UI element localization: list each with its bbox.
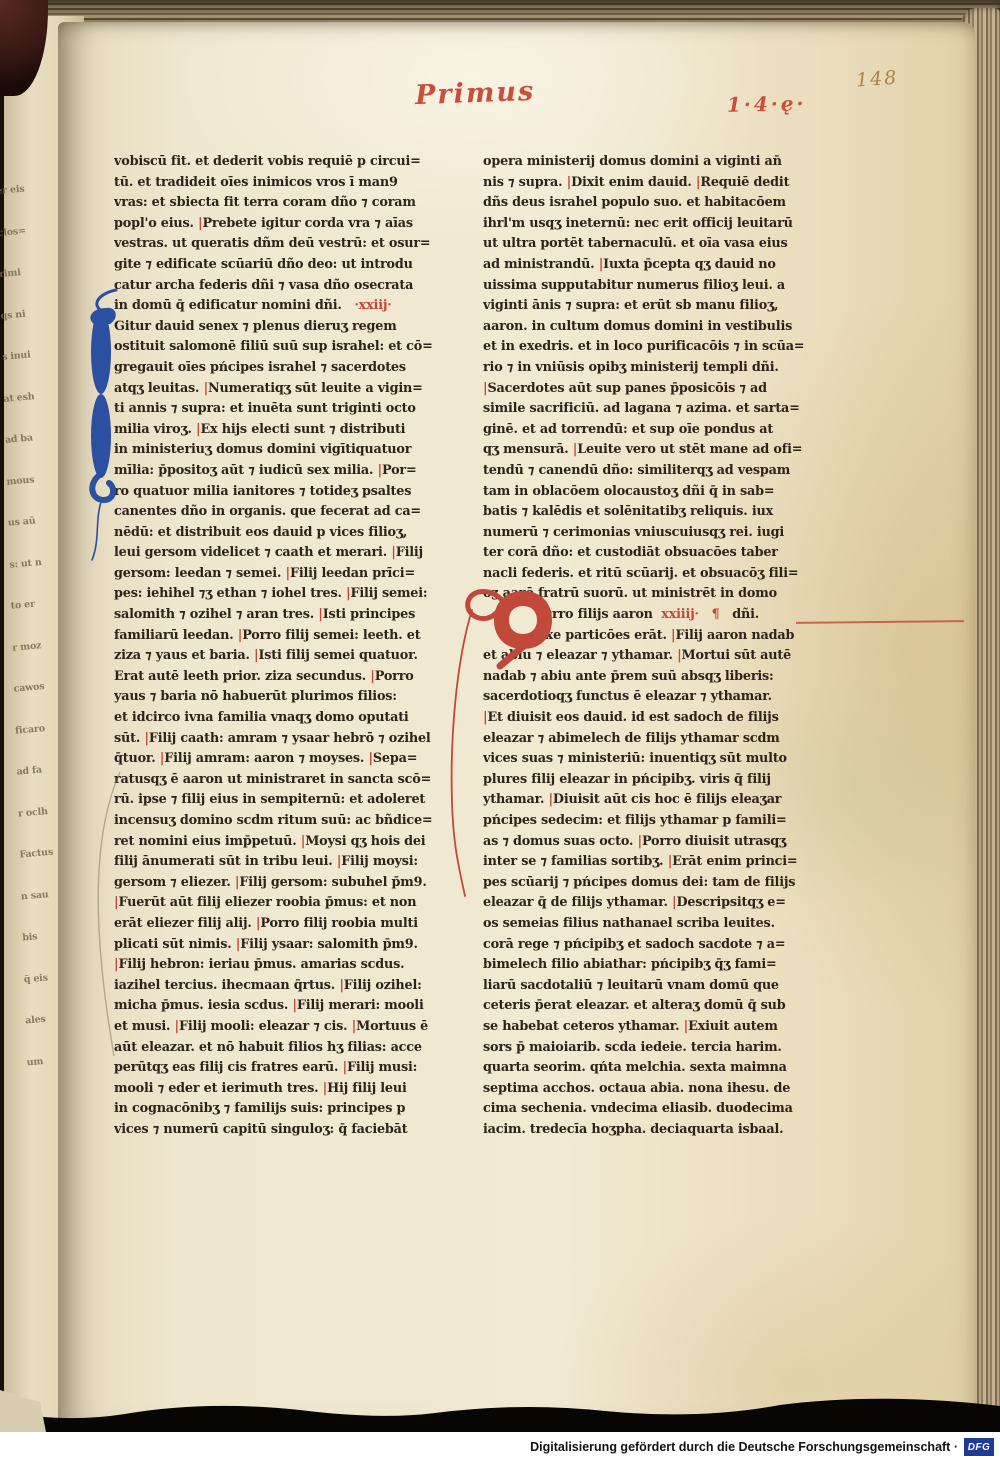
text-line: batis ⁊ kalēdis et solēnitatibʒ reliquis… bbox=[483, 502, 849, 523]
text-line: quarta seorim. qńta melchia. sexta maimn… bbox=[483, 1058, 849, 1079]
book-scan: er eisclos=rimiqs nis inuiat eshad bamou… bbox=[0, 0, 1000, 1462]
rubric-mark: | bbox=[235, 875, 239, 890]
text-line: gersom: leedan ⁊ semei. |Filij leedan pr… bbox=[114, 564, 466, 585]
rubric-mark: | bbox=[637, 834, 641, 849]
text-line: viginti ānis ⁊ supra: et erūt sb manu fi… bbox=[483, 296, 849, 317]
text-line: nis ⁊ supra. |Dixit enim dauid. |Requiē … bbox=[483, 173, 849, 194]
rubric-mark: xxiiij· ¶ bbox=[661, 607, 719, 622]
rubric-mark: | bbox=[342, 1060, 346, 1075]
dfg-logo: DFG bbox=[964, 1438, 994, 1456]
margin-fragment: qs ni bbox=[0, 306, 63, 321]
text-line: mooli ⁊ eder et ierimuth tres. |Hij fili… bbox=[114, 1079, 466, 1100]
rubric-mark: | bbox=[323, 1081, 327, 1096]
rubric-mark: | bbox=[238, 628, 242, 643]
text-line: vras: et sbiecta fit terra coram dño ⁊ c… bbox=[114, 193, 466, 214]
text-line: ostituit salomonē filiū suū sup israhel:… bbox=[114, 337, 466, 358]
folio-number: 148 bbox=[855, 67, 899, 92]
rubric-mark: | bbox=[198, 216, 202, 231]
rubric-mark: | bbox=[292, 998, 296, 1013]
rubric-mark: | bbox=[337, 854, 341, 869]
text-line: |Fuerūt aūt filij eliezer roobia p̄mus: … bbox=[114, 893, 466, 914]
rubric-mark: | bbox=[599, 257, 603, 272]
text-line: ti annis ⁊ supra: et inuēta sunt trigint… bbox=[114, 399, 466, 420]
rubric-mark: | bbox=[339, 978, 343, 993]
text-line: numerū ⁊ cerimonias vniuscuiusqʒ rei. iu… bbox=[483, 523, 849, 544]
text-line: ziza ⁊ yaus et baria. |Isti filij semei … bbox=[114, 646, 466, 667]
rubric-mark: ·xxiij· bbox=[354, 298, 391, 313]
text-line: et idcirco ivna familia vnaqʒ domo oputa… bbox=[114, 708, 466, 729]
margin-fragment: clos= bbox=[0, 223, 60, 238]
text-line: Erat autē leeth prior. ziza secundus. |P… bbox=[114, 667, 466, 688]
credit-text: Digitalisierung gefördert durch die Deut… bbox=[530, 1440, 958, 1454]
text-line: ceteris p̄erat eleazar. et alteraʒ domū … bbox=[483, 996, 849, 1017]
margin-fragment: at esh bbox=[3, 389, 66, 404]
text-line: dñs deus israhel populo suo. et habitacō… bbox=[483, 193, 849, 214]
text-line: septima acchos. octaua abia. nona ihesu.… bbox=[483, 1079, 849, 1100]
rubric-mark: | bbox=[160, 751, 164, 766]
text-line: iacim. tredecīa hoʒpha. deciaquarta isba… bbox=[483, 1120, 849, 1141]
text-line: sors p̄ maioiarib. scda iedeie. tercia h… bbox=[483, 1038, 849, 1059]
text-line: aūt eleazar. et nō habuit filios hʒ fili… bbox=[114, 1038, 466, 1059]
rubric-mark: | bbox=[672, 895, 676, 910]
text-line: leui gersom videlicet ⁊ caath et merari.… bbox=[114, 543, 466, 564]
page-bottom-shadow bbox=[0, 1380, 1000, 1432]
text-column-left: vobiscū fit. et dederit vobis requiē p c… bbox=[114, 152, 466, 1147]
text-line: et in exedris. et in loco purificacōis ⁊… bbox=[483, 337, 849, 358]
text-line: yaus ⁊ baria nō habuerūt plurimos filios… bbox=[114, 687, 466, 708]
rubric-mark: | bbox=[346, 586, 350, 601]
text-line: tam in oblacōem olocaustoʒ dñi q̄ in sab… bbox=[483, 482, 849, 503]
text-line: ad ministrandū. |Iuxta p̄cepta qʒ dauid … bbox=[483, 255, 849, 276]
lombard-initial-q bbox=[428, 580, 558, 915]
rubric-mark: | bbox=[391, 545, 395, 560]
text-line: in cognacōnibʒ ⁊ familijs suis: principe… bbox=[114, 1099, 466, 1120]
text-line: plicati sūt nimis. |Filij ysaar: salomit… bbox=[114, 935, 466, 956]
rubric-mark: | bbox=[671, 628, 675, 643]
rubric-mark: | bbox=[696, 175, 700, 190]
text-line: rū. ipse ⁊ filij eius in sempiternū: et … bbox=[114, 790, 466, 811]
text-line: canentes dño in organis. que fecerat ad … bbox=[114, 502, 466, 523]
rubric-mark: | bbox=[318, 607, 322, 622]
rubric-mark: | bbox=[196, 422, 200, 437]
rubric-mark: | bbox=[573, 442, 577, 457]
text-line: liarū sacdotaliū ⁊ leuitarū vnam domū qu… bbox=[483, 976, 849, 997]
text-line: bimelech filio abiathar: pńcipibʒ q̄ʒ fa… bbox=[483, 955, 849, 976]
rubric-mark: | bbox=[668, 854, 672, 869]
credit-bar: Digitalisierung gefördert durch die Deut… bbox=[0, 1432, 1000, 1462]
text-line: nēdū: et distribuit eos dauid p vices fi… bbox=[114, 523, 466, 544]
text-line: in ministeriuʒ domus domini vigītiquatuo… bbox=[114, 440, 466, 461]
text-line: gersom ⁊ eliezer. |Filij gersom: subuhel… bbox=[114, 873, 466, 894]
text-line: salomith ⁊ ozihel ⁊ aran tres. |Isti pri… bbox=[114, 605, 466, 626]
text-line: gregauit oīes pńcipes israhel ⁊ sacerdot… bbox=[114, 358, 466, 379]
margin-fragment: s inui bbox=[2, 347, 65, 362]
text-line: pes: iehihel ⁊ʒ ethan ⁊ iohel tres. |Fil… bbox=[114, 584, 466, 605]
rubric-mark: | bbox=[301, 834, 305, 849]
text-line: catur archa federis dñi ⁊ vasa dño osecr… bbox=[114, 276, 466, 297]
rubric-mark: | bbox=[378, 463, 382, 478]
lombard-initial-i bbox=[76, 284, 128, 564]
text-line: ter corā dño: et custodiāt obsuacōes tab… bbox=[483, 543, 849, 564]
text-line: Gitur dauid senex ⁊ plenus dieruʒ regem bbox=[114, 317, 466, 338]
rubric-mark: | bbox=[254, 648, 258, 663]
text-line: |Sacerdotes aūt sup panes p̄posicōis ⁊ a… bbox=[483, 379, 849, 400]
text-line: incensuʒ domino scdm ritum suū: ac bñdic… bbox=[114, 811, 466, 832]
text-line: filij ānumerati sūt in tribu leui. |Fili… bbox=[114, 852, 466, 873]
text-line: os semeias filius nathanael scriba leuit… bbox=[483, 914, 849, 935]
text-line: qʒ mensurā. |Leuite vero ut stēt mane ad… bbox=[483, 440, 849, 461]
margin-fragment: er eis bbox=[0, 182, 59, 197]
text-line: popl'o eius. |Prebete igitur corda vra ⁊… bbox=[114, 214, 466, 235]
pen-trial-curve bbox=[80, 770, 140, 1060]
text-line: in domū q̄ edificatur nomini dñi. ·xxiij… bbox=[114, 296, 466, 317]
text-line: ut ultra portēt tabernaculū. et oīa vasa… bbox=[483, 234, 849, 255]
text-line: micha p̄mus. iesia scdus. |Filij merari:… bbox=[114, 996, 466, 1017]
text-line: ro quatuor milia ianitores ⁊ totideʒ psa… bbox=[114, 482, 466, 503]
text-line: tū. et tradideit oīes inimicos vros ī ma… bbox=[114, 173, 466, 194]
margin-fragment: rimi bbox=[0, 265, 61, 280]
text-line: ihrl'm usqʒ ineternū: nec erit officij l… bbox=[483, 214, 849, 235]
rubric-mark: | bbox=[236, 937, 240, 952]
text-line: rio ⁊ in vniūsis opibʒ ministerij templi… bbox=[483, 358, 849, 379]
text-line: simile sacrificiū. ad lagana ⁊ azima. et… bbox=[483, 399, 849, 420]
rubric-mark: | bbox=[368, 751, 372, 766]
rubric-mark: | bbox=[684, 1019, 688, 1034]
rubric-mark: | bbox=[204, 381, 208, 396]
text-line: vobiscū fit. et dederit vobis requiē p c… bbox=[114, 152, 466, 173]
rubric-mark: | bbox=[285, 566, 289, 581]
text-line: cima sechenia. vndecima eliasib. duodeci… bbox=[483, 1099, 849, 1120]
text-line: corā rege ⁊ pńcipibʒ et sadoch sacdote ⁊… bbox=[483, 935, 849, 956]
text-line: erāt eliezer filij alij. |Porro filij ro… bbox=[114, 914, 466, 935]
text-line: atqʒ leuitas. |Numeratiqʒ sūt leuite a v… bbox=[114, 379, 466, 400]
rubric-mark: | bbox=[256, 916, 260, 931]
rubric-mark: | bbox=[144, 731, 148, 746]
rubric-mark: | bbox=[483, 381, 487, 396]
quire-mark: 1·4·ę· bbox=[727, 91, 807, 116]
text-line: aaron. in cultum domus domini in vestibu… bbox=[483, 317, 849, 338]
text-line: ratusqʒ ē aaron ut ministraret in sancta… bbox=[114, 770, 466, 791]
running-title: Primus bbox=[414, 76, 535, 111]
rubric-mark: | bbox=[370, 669, 374, 684]
text-line: perūtqʒ eas filij cis fratres earū. |Fil… bbox=[114, 1058, 466, 1079]
text-line: opera ministerij domus domini a viginti … bbox=[483, 152, 849, 173]
rubric-mark: | bbox=[567, 175, 571, 190]
text-line: uissima supputabitur numerus filioʒ leui… bbox=[483, 276, 849, 297]
text-line: ret nomini eius imp̄petuū. |Moysi qʒ hoi… bbox=[114, 832, 466, 853]
rubric-mark: | bbox=[677, 648, 681, 663]
text-line: q̄tuor. |Filij amram: aaron ⁊ moyses. |S… bbox=[114, 749, 466, 770]
rubric-mark: | bbox=[352, 1019, 356, 1034]
text-line: familiarū leedan. |Porro filij semei: le… bbox=[114, 626, 466, 647]
text-line: ginē. et ad torrendū: et sup oīe pondus … bbox=[483, 420, 849, 441]
text-line: gite ⁊ edificate scūariū dño deo: ut int… bbox=[114, 255, 466, 276]
rubric-mark: | bbox=[175, 1019, 179, 1034]
text-line: iazihel tercius. ihecmaan q̄rtus. |Filij… bbox=[114, 976, 466, 997]
text-line: vices ⁊ numerū capitū singuloʒ: q̄ facie… bbox=[114, 1120, 466, 1141]
text-line: |Filij hebron: ieriau p̄mus. amarias scd… bbox=[114, 955, 466, 976]
text-line: tendū ⁊ canendū dño: similiterqʒ ad vesp… bbox=[483, 461, 849, 482]
text-line: milia viroʒ. |Ex hijs electi sunt ⁊ dist… bbox=[114, 420, 466, 441]
text-line: se habebat ceteros ythamar. |Exiuit aute… bbox=[483, 1017, 849, 1038]
text-line: mīlia: p̄positoʒ aūt ⁊ iudicū sex milia.… bbox=[114, 461, 466, 482]
text-line: vestras. ut queratis dñm deū vestrū: et … bbox=[114, 234, 466, 255]
text-line: sūt. |Filij caath: amram ⁊ ysaar hebrō ⁊… bbox=[114, 729, 466, 750]
text-line: et musi. |Filij mooli: eleazar ⁊ cis. |M… bbox=[114, 1017, 466, 1038]
